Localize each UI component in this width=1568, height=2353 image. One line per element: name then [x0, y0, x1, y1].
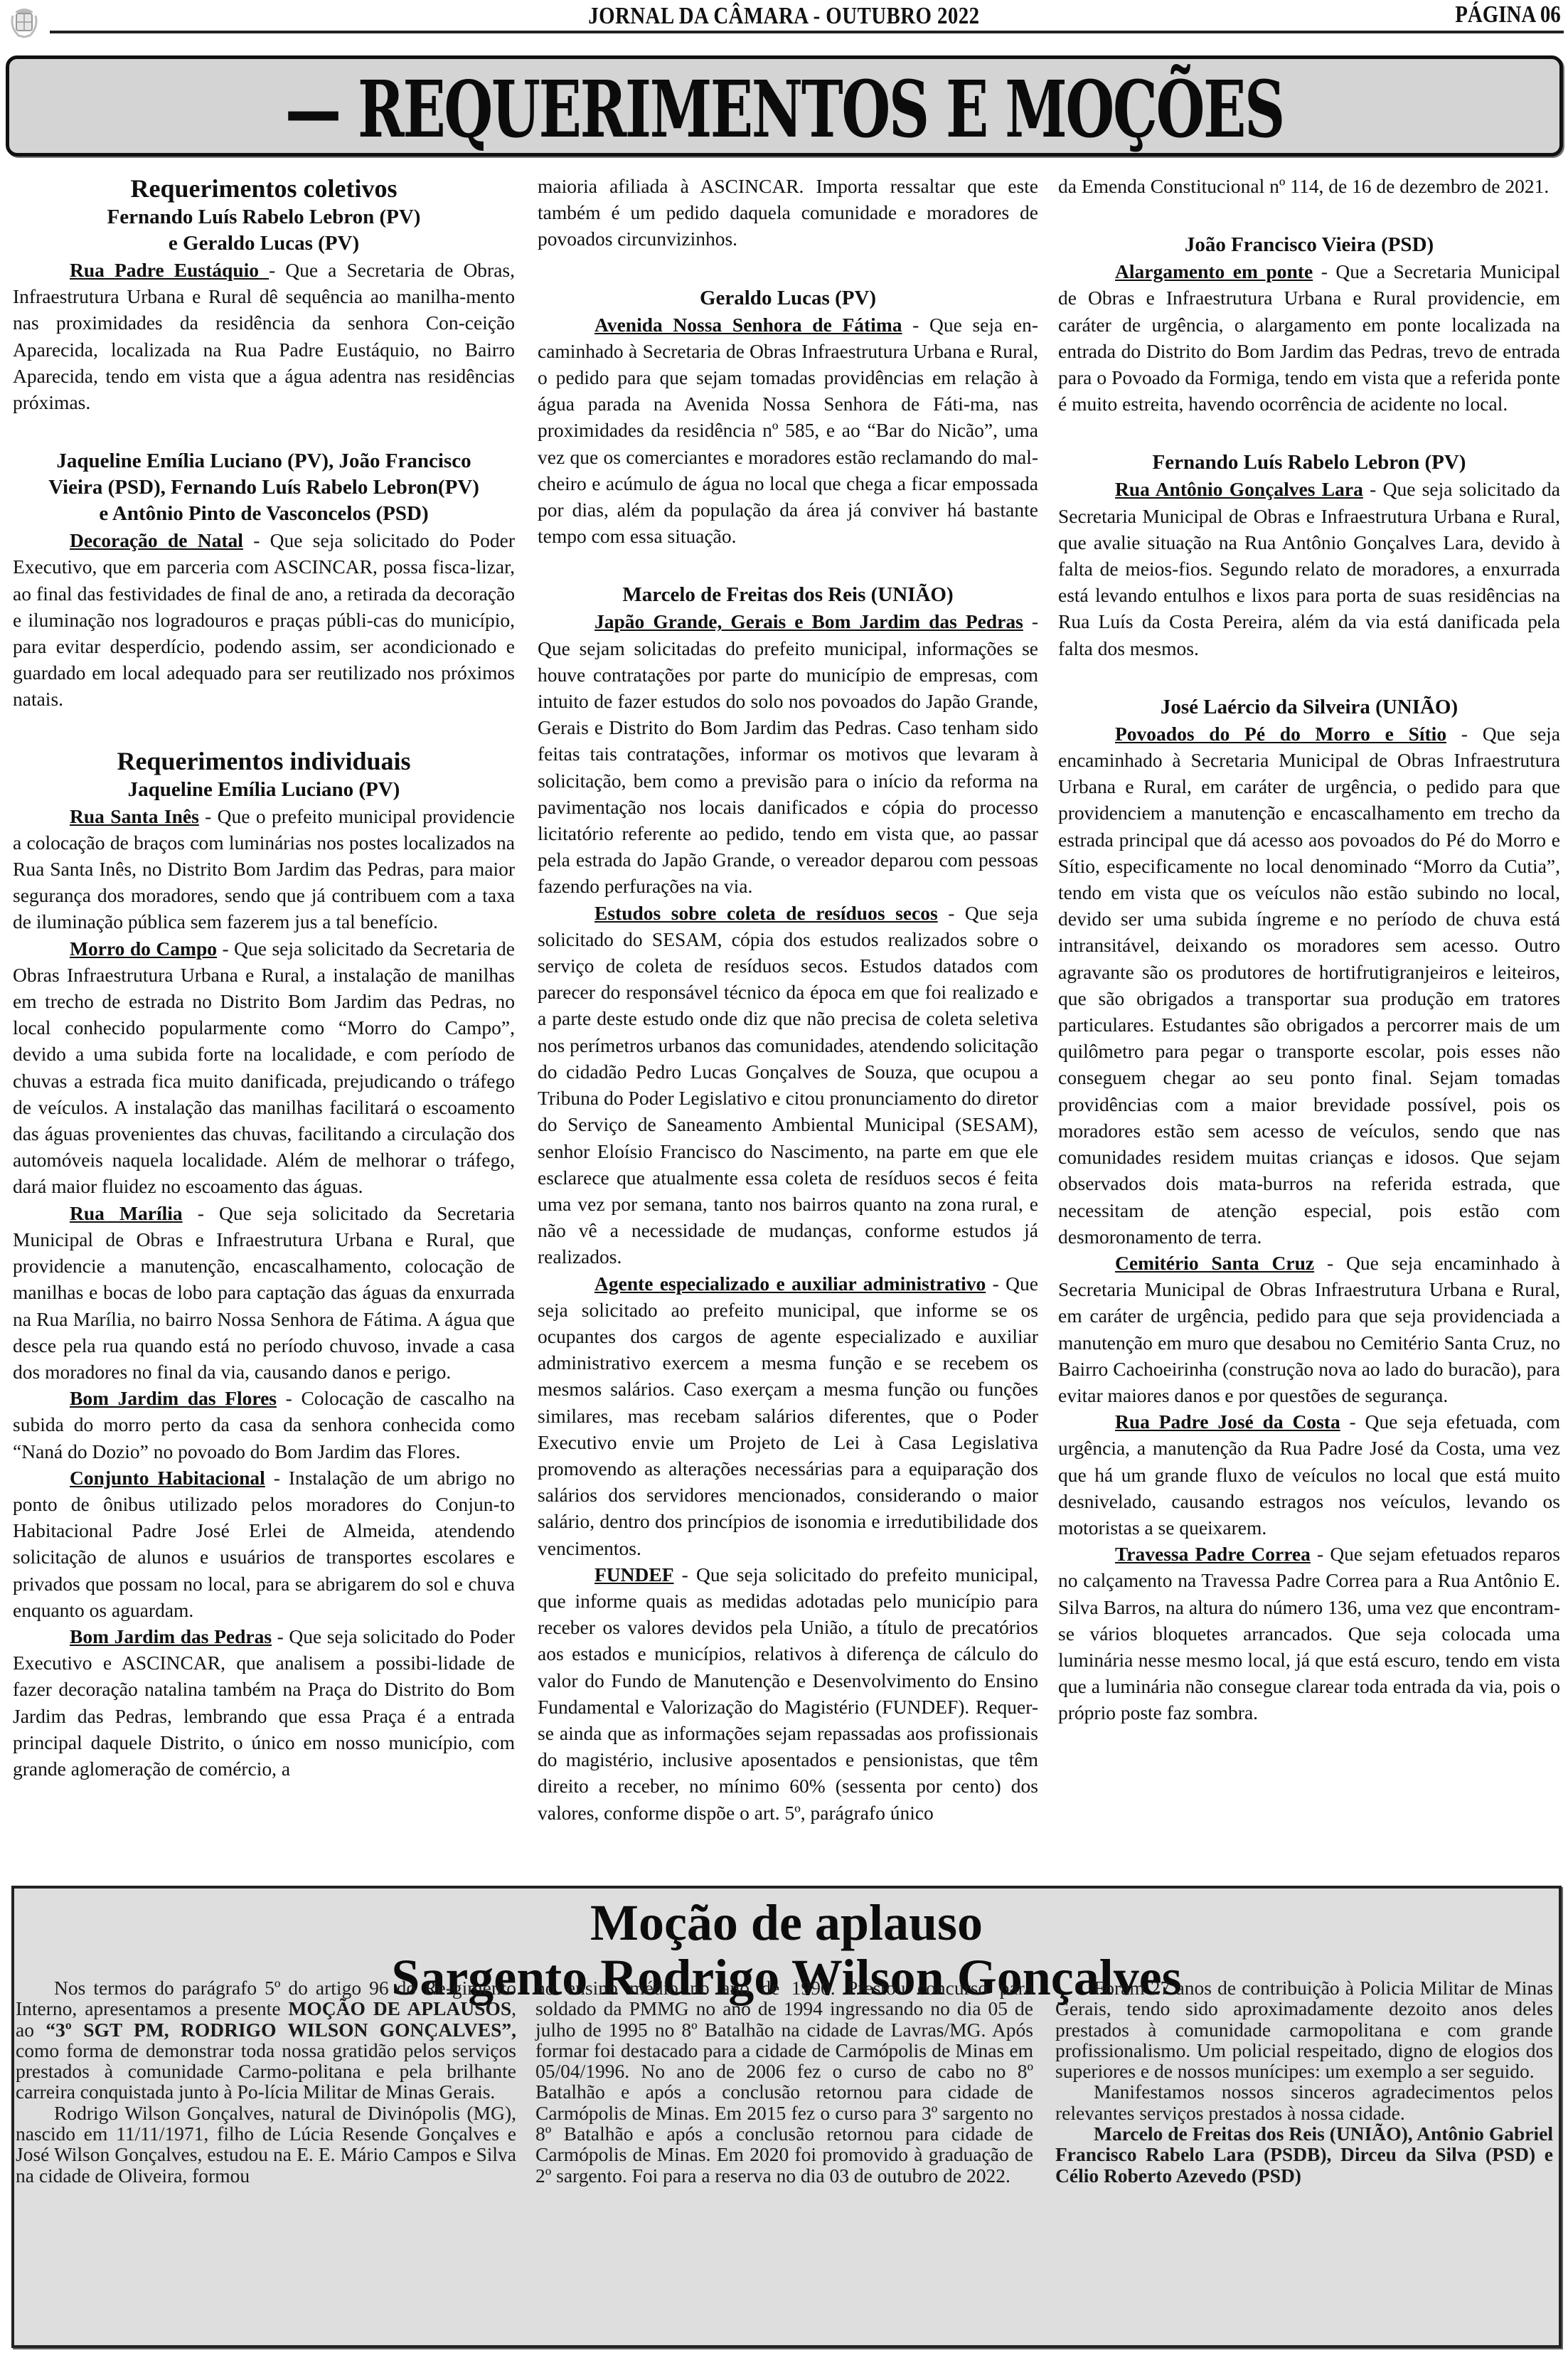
header-divider — [50, 31, 1564, 33]
section-title: — REQUERIMENTOS E MOÇÕES — [196, 63, 1374, 155]
request-text: - Que sejam solicitadas do prefeito muni… — [538, 610, 1038, 897]
author-line: Jaqueline Emília Luciano (PV) — [13, 777, 515, 803]
request-item: Travessa Padre Correa - Que sejam efetua… — [1058, 1541, 1560, 1726]
request-item: Bom Jardim das Pedras - Que seja solicit… — [13, 1623, 515, 1782]
request-item: Cemitério Santa Cruz - Que seja encaminh… — [1058, 1250, 1560, 1408]
newspaper-title: JORNAL DA CÂMARA - OUTUBRO 2022 — [117, 3, 1450, 30]
request-text: - Que a Secretaria Municipal de Obras e … — [1058, 260, 1560, 415]
mocao-title: Moção de aplauso — [14, 1894, 1559, 1951]
request-topic: Rua Antônio Gonçalves Lara — [1115, 478, 1363, 500]
continued-text: da Emenda Constitucional nº 114, de 16 d… — [1058, 173, 1560, 199]
author-line: e Antônio Pinto de Vasconcelos (PSD) — [13, 501, 515, 527]
request-item: FUNDEF - Que seja solicitado do prefeito… — [538, 1561, 1038, 1826]
request-text: - Que seja solicitado do prefeito munici… — [538, 1563, 1038, 1824]
request-text: - Que seja solicitado da Secretaria Muni… — [13, 1202, 515, 1383]
request-topic: Bom Jardim das Pedras — [70, 1625, 272, 1647]
column-2: maioria afiliada à ASCINCAR. Importa res… — [538, 173, 1038, 1826]
request-item: Avenida Nossa Senhora de Fátima - Que se… — [538, 312, 1038, 550]
heading-requerimentos-coletivos: Requerimentos coletivos — [13, 173, 515, 204]
page-header: JORNAL DA CÂMARA - OUTUBRO 2022 PÁGINA 0… — [0, 0, 1568, 43]
author-line: Marcelo de Freitas dos Reis (UNIÃO) — [538, 582, 1038, 608]
request-text: - Que seja solicitado ao prefeito munici… — [538, 1273, 1038, 1559]
request-topic: Japão Grande, Gerais e Bom Jardim das Pe… — [594, 610, 1023, 632]
author-line: Vieira (PSD), Fernando Luís Rabelo Lebro… — [13, 474, 515, 501]
mocao-column-3: Foram 27 anos de contribuição à Policia … — [1055, 1977, 1553, 2186]
mocao-column-2: no ensino médio no ano de 1990. Prestou … — [535, 1977, 1033, 2186]
request-item: Bom Jardim das Flores - Colocação de cas… — [13, 1385, 515, 1465]
author-line: Jaqueline Emília Luciano (PV), João Fran… — [13, 448, 515, 474]
author-line: José Laércio da Silveira (UNIÃO) — [1058, 694, 1560, 721]
request-topic: Agente especializado e auxiliar administ… — [594, 1273, 986, 1295]
request-topic: Alargamento em ponte — [1115, 260, 1313, 282]
request-topic: Decoração de Natal — [70, 529, 243, 551]
request-topic: Povoados do Pé do Morro e Sítio — [1115, 723, 1446, 745]
column-1: Requerimentos coletivos Fernando Luís Ra… — [13, 173, 515, 1782]
request-topic: Conjunto Habitacional — [70, 1467, 265, 1489]
column-3: da Emenda Constitucional nº 114, de 16 d… — [1058, 173, 1560, 1726]
request-item: Estudos sobre coleta de resíduos secos -… — [538, 900, 1038, 1270]
author-line: Fernando Luís Rabelo Lebron (PV) — [13, 204, 515, 230]
author-line: Fernando Luís Rabelo Lebron (PV) — [1058, 450, 1560, 476]
request-item: Decoração de Natal - Que seja solicitado… — [13, 527, 515, 712]
mocao-paragraph: Manifestamos nossos sinceros agradecimen… — [1055, 2081, 1553, 2123]
section-banner: — REQUERIMENTOS E MOÇÕES — [6, 55, 1563, 156]
request-item: Povoados do Pé do Morro e Sítio - Que se… — [1058, 721, 1560, 1250]
request-item: Conjunto Habitacional - Instalação de um… — [13, 1465, 515, 1623]
request-item: Alargamento em ponte - Que a Secretaria … — [1058, 258, 1560, 417]
mocao-column-1: Nos termos do parágrafo 5º do artigo 96 … — [16, 1977, 516, 2186]
request-topic: Avenida Nossa Senhora de Fátima — [594, 314, 902, 336]
request-text: - Que seja solicitado da Secretaria Muni… — [1058, 478, 1560, 659]
mocao-paragraph: Nos termos do parágrafo 5º do artigo 96 … — [16, 1977, 516, 2103]
request-item: Rua Marília - Que seja solicitado da Sec… — [13, 1200, 515, 1385]
author-line: João Francisco Vieira (PSD) — [1058, 232, 1560, 258]
request-topic: Rua Santa Inês — [70, 805, 199, 827]
request-item: Rua Padre José da Costa - Que seja efetu… — [1058, 1408, 1560, 1541]
request-text: - Que seja encaminhado à Secretaria Muni… — [1058, 1252, 1560, 1406]
request-text: - Que seja solicitado do SESAM, cópia do… — [538, 902, 1038, 1268]
author-line: Geraldo Lucas (PV) — [538, 285, 1038, 312]
request-text: - Instalação de um abrigo no ponto de ôn… — [13, 1467, 515, 1621]
request-topic: Rua Padre Eustáquio — [70, 259, 269, 281]
request-item: Japão Grande, Gerais e Bom Jardim das Pe… — [538, 608, 1038, 899]
request-topic: Bom Jardim das Flores — [70, 1387, 277, 1409]
request-text: - Que sejam efetuados reparos no calçame… — [1058, 1543, 1560, 1723]
mocao-signatories: Marcelo de Freitas dos Reis (UNIÃO), Ant… — [1055, 2123, 1553, 2186]
request-text: - Que seja en-caminhado à Secretaria de … — [538, 314, 1038, 548]
request-topic: Estudos sobre coleta de resíduos secos — [594, 902, 938, 924]
page-number: PÁGINA 06 — [1455, 1, 1561, 28]
mocao-paragraph: no ensino médio no ano de 1990. Prestou … — [535, 1977, 1033, 2186]
request-text: - Que a Secretaria de Obras, Infraestrut… — [13, 259, 515, 413]
request-text: - Que seja encaminhado à Secretaria Muni… — [1058, 723, 1560, 1248]
request-topic: FUNDEF — [594, 1563, 674, 1586]
request-topic: Morro do Campo — [70, 938, 217, 960]
mocao-paragraph: Rodrigo Wilson Gonçalves, natural de Div… — [16, 2103, 516, 2186]
request-text: - Que seja solicitado do Poder Executivo… — [13, 529, 515, 710]
request-item: Rua Padre Eustáquio - Que a Secretaria d… — [13, 257, 515, 415]
request-text: - Que seja solicitado da Secretaria de O… — [13, 938, 515, 1198]
coat-of-arms-icon — [10, 6, 38, 40]
request-topic: Rua Padre José da Costa — [1115, 1411, 1340, 1433]
heading-requerimentos-individuais: Requerimentos individuais — [13, 745, 515, 777]
request-topic: Rua Marília — [70, 1202, 183, 1224]
request-item: Agente especializado e auxiliar administ… — [538, 1270, 1038, 1561]
request-item: Morro do Campo - Que seja solicitado da … — [13, 935, 515, 1200]
request-item: Rua Antônio Gonçalves Lara - Que seja so… — [1058, 476, 1560, 661]
mocao-paragraph: Foram 27 anos de contribuição à Policia … — [1055, 1977, 1553, 2081]
author-line: e Geraldo Lucas (PV) — [13, 230, 515, 257]
request-text: - Que seja solicitado do Poder Executivo… — [13, 1625, 515, 1780]
request-topic: Travessa Padre Correa — [1115, 1543, 1311, 1565]
continued-text: maioria afiliada à ASCINCAR. Importa res… — [538, 173, 1038, 253]
request-topic: Cemitério Santa Cruz — [1115, 1252, 1314, 1274]
request-item: Rua Santa Inês - Que o prefeito municipa… — [13, 803, 515, 935]
